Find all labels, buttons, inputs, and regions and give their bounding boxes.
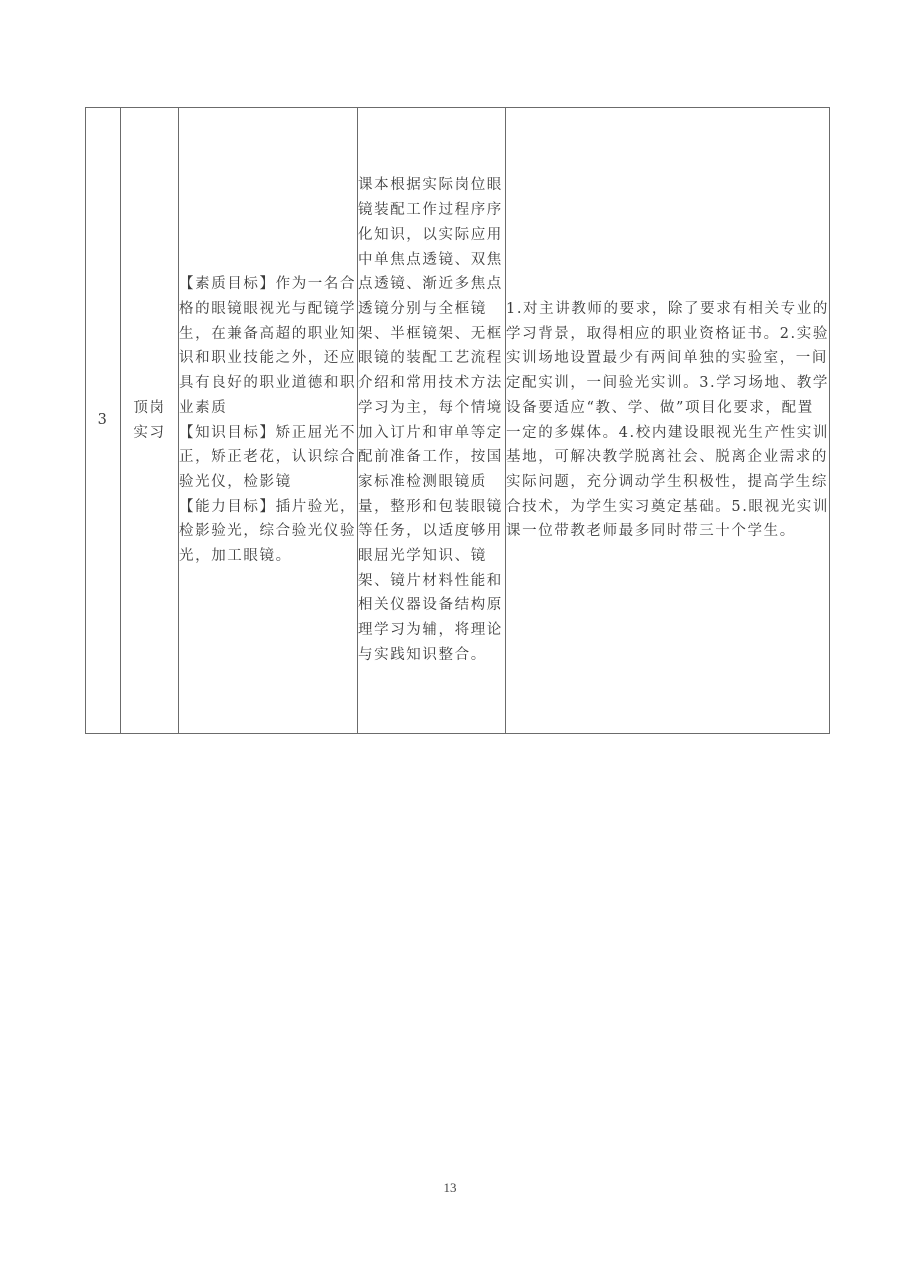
row-index-cell: 3 (86, 108, 121, 734)
content-cell: 课本根据实际岗位眼镜装配工作过程序序化知识，以实际应用中单焦点透镜、双焦点透镜、… (358, 108, 506, 734)
course-objectives: 【素质目标】作为一名合格的眼镜眼视光与配镜学生，在兼备高超的职业知识和职业技能之… (179, 272, 357, 568)
teaching-requirements: 1.对主讲教师的要求，除了要求有相关专业的学习背景，取得相应的职业资格证书。2.… (506, 297, 829, 544)
course-name-cell: 顶岗 实习 (121, 108, 179, 734)
course-table: 3 顶岗 实习 【素质目标】作为一名合格的眼镜眼视光与配镜学生，在兼备高超的职业… (85, 107, 830, 734)
row-index: 3 (98, 412, 109, 428)
course-name: 顶岗 实习 (121, 396, 178, 445)
document-page: 3 顶岗 实习 【素质目标】作为一名合格的眼镜眼视光与配镜学生，在兼备高超的职业… (0, 0, 900, 1272)
page-number: 13 (0, 1180, 900, 1196)
requirements-cell: 1.对主讲教师的要求，除了要求有相关专业的学习背景，取得相应的职业资格证书。2.… (506, 108, 830, 734)
objectives-cell: 【素质目标】作为一名合格的眼镜眼视光与配镜学生，在兼备高超的职业知识和职业技能之… (179, 108, 358, 734)
course-content: 课本根据实际岗位眼镜装配工作过程序序化知识，以实际应用中单焦点透镜、双焦点透镜、… (358, 173, 505, 667)
table-row: 3 顶岗 实习 【素质目标】作为一名合格的眼镜眼视光与配镜学生，在兼备高超的职业… (86, 108, 830, 734)
